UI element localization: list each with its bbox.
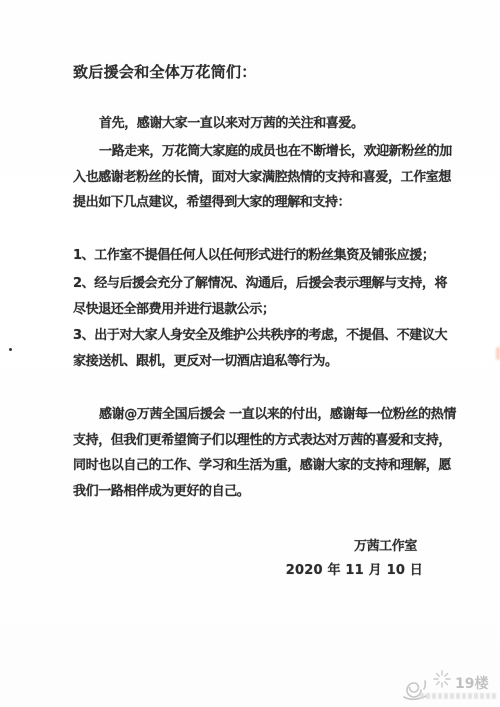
scan-edge-artifact (496, 347, 500, 360)
closing-line-3: 同时也以自己的工作、学习和生活为重，感谢大家的支持和理解，愿 (73, 458, 451, 474)
snail-logo-icon (399, 677, 431, 703)
suggestion-2-line-1: 2、经与后援会充分了解情况、沟通后，后援会表示理解与支持，将 (73, 276, 447, 292)
suggestion-3-line-1: 3、出于对大家人身安全及维护公共秩序的考虑，不提倡、不建议大 (73, 328, 447, 344)
opening-line-1: 首先，感谢大家一直以来对万茜的关注和喜爱。 (99, 116, 364, 132)
signature: 万茜工作室 (354, 539, 417, 555)
closing-line-1: 感谢@万茜全国后援会 一直以来的付出，感谢每一位粉丝的热情 (99, 407, 456, 423)
opening-line-3: 入也感谢老粉丝的长情，面对大家满腔热情的支持和喜爱，工作室想 (73, 170, 451, 186)
closing-line-4: 我们一路相伴成为更好的自己。 (73, 484, 249, 500)
watermark-url-blur (420, 693, 496, 699)
suggestion-1: 1、工作室不提倡任何人以任何形式进行的粉丝集资及铺张应援； (73, 248, 434, 264)
salutation: 致后援会和全体万花筒们： (73, 64, 257, 80)
letter-date: 2020 年 11 月 10 日 (286, 563, 423, 579)
suggestion-2-line-2: 尽快退还全部费用并进行退款公示； (73, 302, 275, 318)
letter-document: 致后援会和全体万花筒们： 首先，感谢大家一直以来对万茜的关注和喜爱。 一路走来，… (0, 0, 500, 707)
sun-doodle-icon (432, 669, 452, 689)
opening-line-2: 一路走来，万花筒大家庭的成员也在不断增长，欢迎新粉丝的加 (99, 144, 452, 160)
19lou-watermark: 19楼 (395, 666, 500, 706)
opening-line-4: 提出如下几点建议，希望得到大家的理解和支持： (73, 195, 350, 211)
watermark-site-label: 19楼 (455, 673, 488, 693)
suggestion-3-line-2: 家接送机、跟机，更反对一切酒店追私等行为。 (73, 354, 338, 370)
closing-line-2: 支持，但我们更希望筒子们以理性的方式表达对万茜的喜爱和支持， (73, 433, 451, 449)
scan-dot-artifact (9, 348, 12, 351)
